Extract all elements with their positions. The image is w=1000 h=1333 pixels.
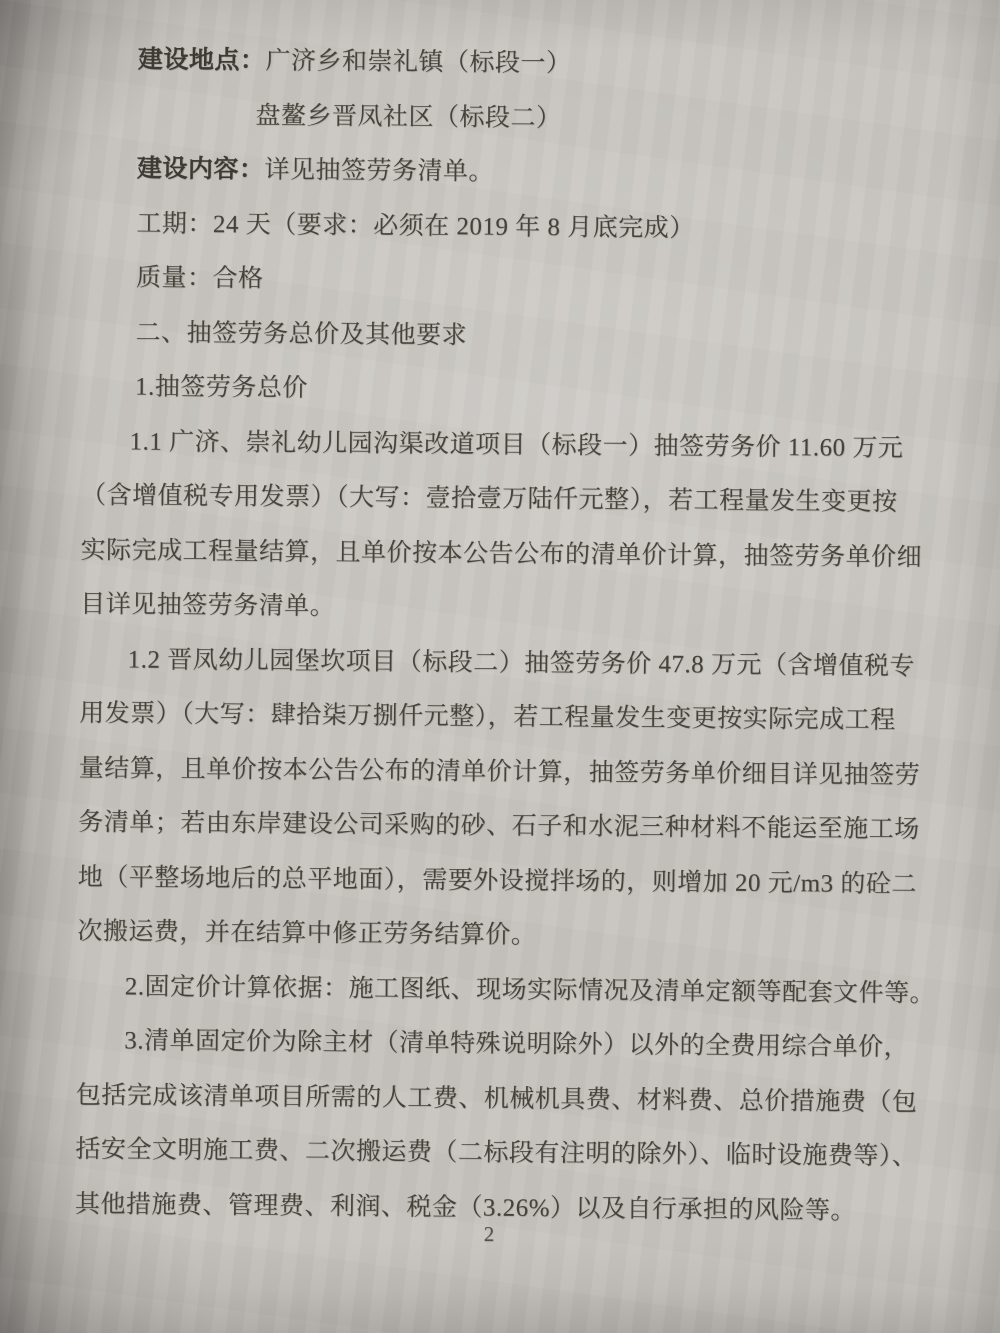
doc-line: 2.固定价计算依据：施工图纸、现场实际情况及清单定额等配套文件等。: [77, 959, 904, 1021]
document-page: 建设地点：广济乡和崇礼镇（标段一） 盘鳌乡晋凤社区（标段二） 建设内容：详见抽签…: [0, 0, 1000, 1333]
doc-line: 盘鳌乡晋凤社区（标段二）: [84, 87, 911, 149]
doc-line: 3.清单固定价为除主材（清单特殊说明除外）以外的全费用综合单价，: [76, 1014, 903, 1076]
doc-line: 建设内容：详见抽签劳务清单。: [84, 142, 911, 204]
doc-line: 工期：24 天（要求：必须在 2019 年 8 月底完成）: [83, 196, 910, 258]
document-body: 建设地点：广济乡和崇礼镇（标段一） 盘鳌乡晋凤社区（标段二） 建设内容：详见抽签…: [75, 33, 912, 1239]
field-label: 建设内容：: [137, 155, 265, 183]
subsection-heading: 1.抽签劳务总价: [82, 360, 909, 422]
field-label: 建设地点：: [138, 46, 266, 74]
doc-line: 地（平整场地后的总平地面），需要外设搅拌场的，则增加 20 元/m3 的砼二: [78, 850, 905, 912]
page-number: 2: [0, 1222, 1000, 1247]
section-heading: 二、抽签劳务总价及其他要求: [82, 305, 909, 367]
field-value: 详见抽签劳务清单。: [264, 157, 494, 186]
doc-line: 量结算，且单价按本公告公布的清单价计算，抽签劳务单价细目详见抽签劳: [78, 741, 905, 803]
doc-line: 1.2 晋凤幼儿园堡坎项目（标段二）抽签劳务价 47.8 万元（含增值税专: [79, 632, 906, 694]
doc-line: 务清单；若由东岸建设公司采购的砂、石子和水泥三种材料不能运至施工场: [78, 796, 905, 858]
doc-line: （含增值税专用发票）（大写：壹拾壹万陆仟元整），若工程量发生变更按: [81, 469, 908, 531]
doc-line: 目详见抽签劳务清单。: [80, 578, 907, 640]
doc-line: 质量：合格: [83, 251, 910, 313]
field-value: 广济乡和崇礼镇（标段一）: [265, 48, 571, 78]
doc-line: 次搬运费，并在结算中修正劳务结算价。: [77, 905, 904, 967]
doc-line: 1.1 广济、崇礼幼儿园沟渠改道项目（标段一）抽签劳务价 11.60 万元: [81, 414, 908, 476]
doc-line: 建设地点：广济乡和崇礼镇（标段一）: [85, 33, 912, 95]
doc-line: 用发票）（大写：肆拾柒万捌仟元整），若工程量发生变更按实际完成工程: [79, 687, 906, 749]
doc-line: 实际完成工程量结算，且单价按本公告公布的清单价计算，抽签劳务单价细: [80, 523, 907, 585]
doc-line: 括安全文明施工费、二次搬运费（二标段有注明的除外）、临时设施费等）、: [75, 1123, 902, 1185]
doc-line: 包括完成该清单项目所需的人工费、机械机具费、材料费、总价措施费（包: [76, 1068, 903, 1130]
